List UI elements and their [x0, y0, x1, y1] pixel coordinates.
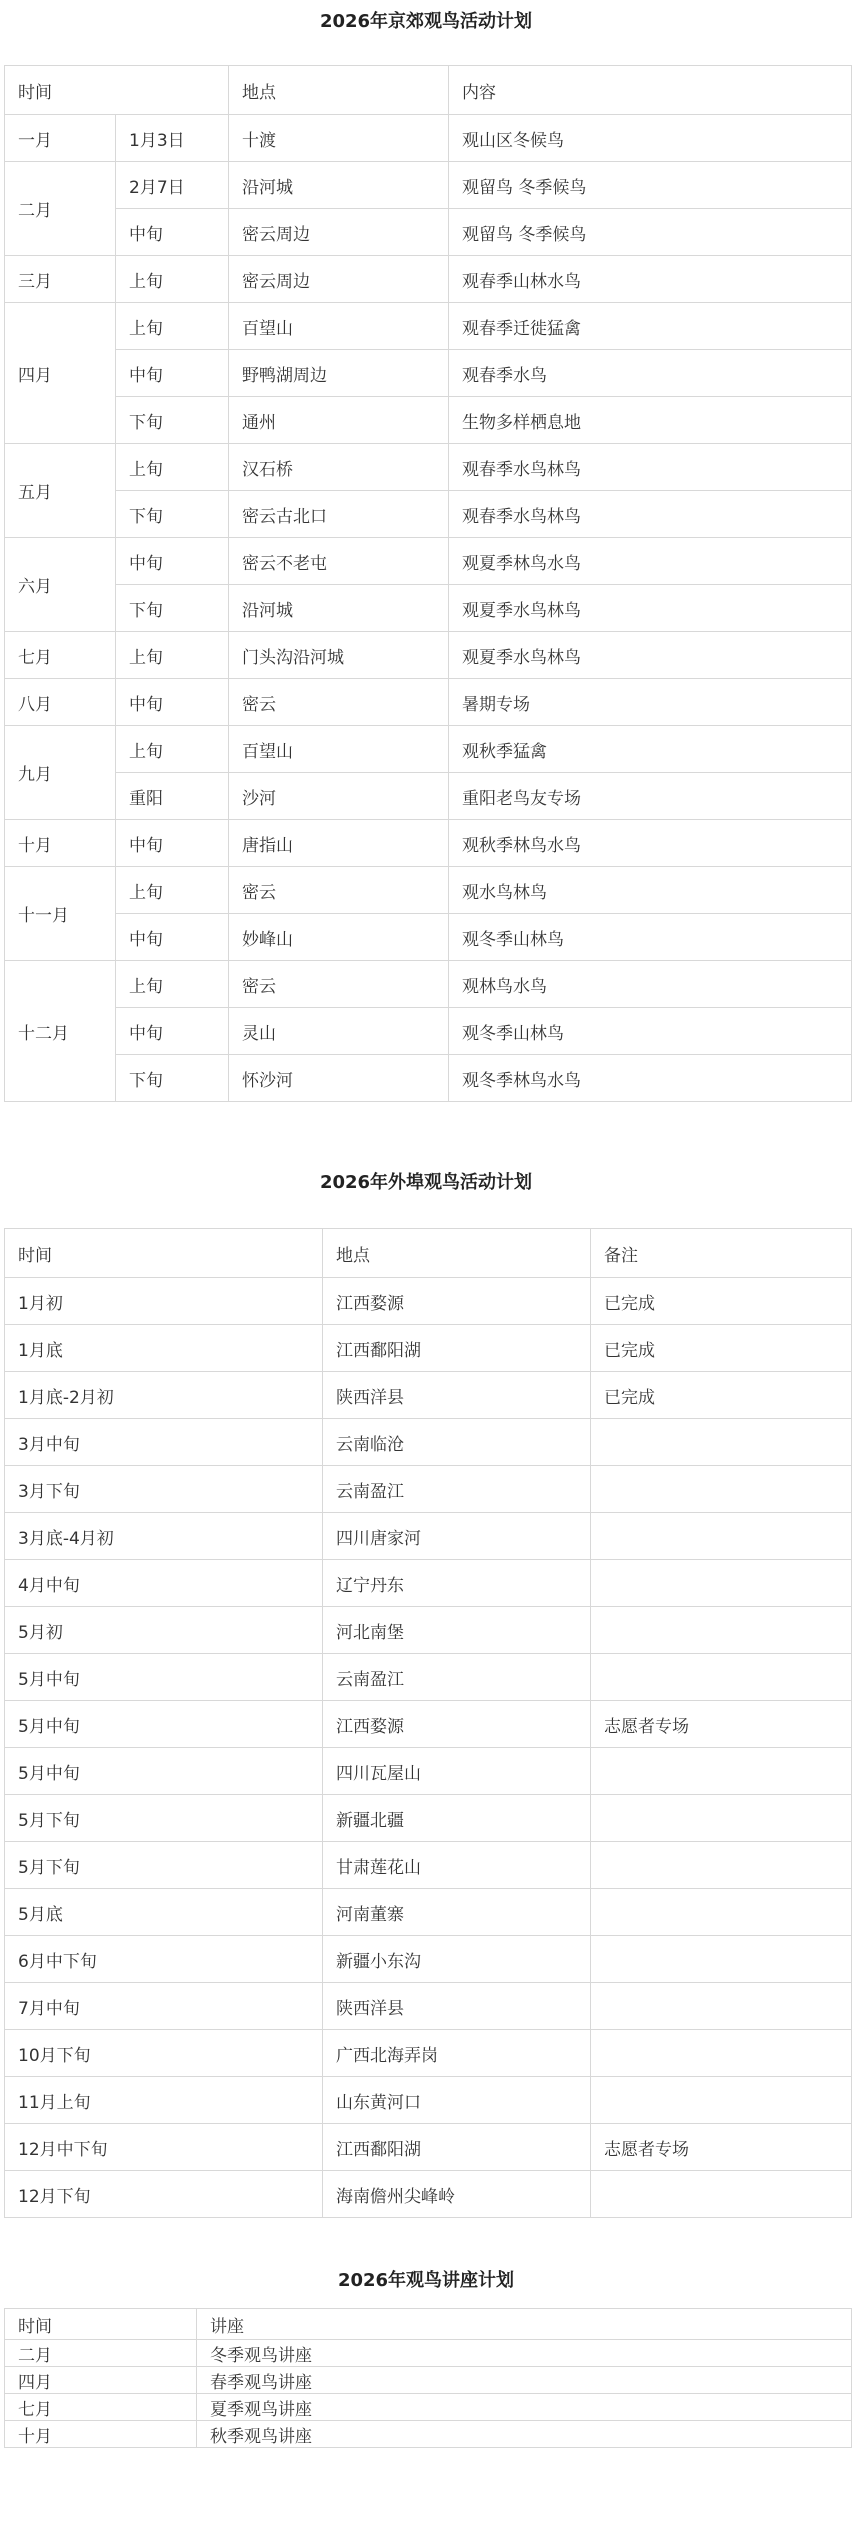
table-cell: 观留鸟 冬季候鸟 — [449, 209, 852, 256]
table-cell: 四川唐家河 — [323, 1513, 591, 1560]
table-cell: 沿河城 — [229, 585, 449, 632]
table-cell: 观冬季山林鸟 — [449, 914, 852, 961]
table-row: 四月上旬百望山观春季迁徙猛禽 — [5, 303, 852, 350]
table-cell: 密云 — [229, 867, 449, 914]
table-row: 十月秋季观鸟讲座 — [5, 2421, 852, 2448]
table-row: 五月上旬汉石桥观春季水鸟林鸟 — [5, 444, 852, 491]
lecture-plan-title: 2026年观鸟讲座计划 — [0, 2270, 852, 2292]
table-cell: 重阳 — [116, 773, 229, 820]
table-cell — [591, 1795, 852, 1842]
table-row: 5月底河南董寨 — [5, 1889, 852, 1936]
table-cell: 志愿者专场 — [591, 1701, 852, 1748]
table-row: 六月中旬密云不老屯观夏季林鸟水鸟 — [5, 538, 852, 585]
table-row: 1月底-2月初陕西洋县已完成 — [5, 1372, 852, 1419]
table-cell: 中旬 — [116, 538, 229, 585]
table-cell: 5月底 — [5, 1889, 323, 1936]
table-cell: 3月下旬 — [5, 1466, 323, 1513]
month-cell: 十月 — [5, 820, 116, 867]
month-cell: 五月 — [5, 444, 116, 538]
beijing-suburb-plan-title: 2026年京郊观鸟活动计划 — [0, 0, 852, 33]
table-row: 3月中旬云南临沧 — [5, 1419, 852, 1466]
month-cell: 二月 — [5, 162, 116, 256]
table-row: 1月初江西婺源已完成 — [5, 1278, 852, 1325]
table-cell: 下旬 — [116, 1055, 229, 1102]
table-cell: 秋季观鸟讲座 — [197, 2421, 852, 2448]
table-row: 7月中旬陕西洋县 — [5, 1983, 852, 2030]
table-row: 七月上旬门头沟沿河城观夏季水鸟林鸟 — [5, 632, 852, 679]
table-cell: 观春季水鸟林鸟 — [449, 444, 852, 491]
table-row: 3月下旬云南盈江 — [5, 1466, 852, 1513]
table-cell: 密云古北口 — [229, 491, 449, 538]
table-row: 5月下旬甘肃莲花山 — [5, 1842, 852, 1889]
table-cell — [591, 1466, 852, 1513]
table-cell: 山东黄河口 — [323, 2077, 591, 2124]
table-cell: 密云不老屯 — [229, 538, 449, 585]
table-row: 十一月上旬密云观水鸟林鸟 — [5, 867, 852, 914]
table-cell: 观秋季猛禽 — [449, 726, 852, 773]
table-cell: 密云周边 — [229, 209, 449, 256]
table-cell: 5月初 — [5, 1607, 323, 1654]
month-cell: 三月 — [5, 256, 116, 303]
table-cell — [591, 1889, 852, 1936]
table-cell: 新疆北疆 — [323, 1795, 591, 1842]
table-cell: 观秋季林鸟水鸟 — [449, 820, 852, 867]
table-cell: 中旬 — [116, 1008, 229, 1055]
table-cell: 云南盈江 — [323, 1654, 591, 1701]
table-row: 中旬妙峰山观冬季山林鸟 — [5, 914, 852, 961]
table-cell: 春季观鸟讲座 — [197, 2367, 852, 2394]
out-of-town-plan-title: 2026年外埠观鸟活动计划 — [0, 1172, 852, 1194]
header-row: 时间 地点 内容 — [5, 66, 852, 115]
table-cell: 通州 — [229, 397, 449, 444]
table-cell: 观春季迁徙猛禽 — [449, 303, 852, 350]
table-cell: 观山区冬候鸟 — [449, 115, 852, 162]
table-cell: 上旬 — [116, 303, 229, 350]
table-cell — [591, 1936, 852, 1983]
table-cell: 海南儋州尖峰岭 — [323, 2171, 591, 2218]
month-cell: 八月 — [5, 679, 116, 726]
table-cell: 辽宁丹东 — [323, 1560, 591, 1607]
table-row: 6月中下旬新疆小东沟 — [5, 1936, 852, 1983]
table-cell — [591, 1748, 852, 1795]
table-cell: 陕西洋县 — [323, 1372, 591, 1419]
table-row: 5月中旬云南盈江 — [5, 1654, 852, 1701]
table-cell: 5月下旬 — [5, 1795, 323, 1842]
table-row: 5月中旬四川瓦屋山 — [5, 1748, 852, 1795]
table-cell: 十月 — [5, 2421, 197, 2448]
table-cell: 广西北海弄岗 — [323, 2030, 591, 2077]
table-cell: 云南临沧 — [323, 1419, 591, 1466]
table-cell: 11月上旬 — [5, 2077, 323, 2124]
out-of-town-plan-table: 时间 地点 备注 1月初江西婺源已完成1月底江西鄱阳湖已完成1月底-2月初陕西洋… — [4, 1228, 852, 2218]
table-cell: 夏季观鸟讲座 — [197, 2394, 852, 2421]
table-cell: 3月底-4月初 — [5, 1513, 323, 1560]
table-row: 十月中旬唐指山观秋季林鸟水鸟 — [5, 820, 852, 867]
table-cell: 上旬 — [116, 256, 229, 303]
table-cell — [591, 1513, 852, 1560]
table-cell: 中旬 — [116, 914, 229, 961]
table-row: 3月底-4月初四川唐家河 — [5, 1513, 852, 1560]
header-row: 时间 讲座 — [5, 2309, 852, 2340]
table-cell: 沿河城 — [229, 162, 449, 209]
table-cell: 百望山 — [229, 303, 449, 350]
table-cell: 5月中旬 — [5, 1748, 323, 1795]
table-cell — [591, 1607, 852, 1654]
table-cell: 观夏季水鸟林鸟 — [449, 632, 852, 679]
table-cell: 4月中旬 — [5, 1560, 323, 1607]
table-row: 七月夏季观鸟讲座 — [5, 2394, 852, 2421]
table-cell: 云南盈江 — [323, 1466, 591, 1513]
table-cell: 观春季水鸟林鸟 — [449, 491, 852, 538]
table-cell: 中旬 — [116, 350, 229, 397]
table-cell: 江西婺源 — [323, 1701, 591, 1748]
table-cell: 5月中旬 — [5, 1654, 323, 1701]
table-row: 四月春季观鸟讲座 — [5, 2367, 852, 2394]
table-cell: 河南董寨 — [323, 1889, 591, 1936]
table-cell: 新疆小东沟 — [323, 1936, 591, 1983]
table-cell: 3月中旬 — [5, 1419, 323, 1466]
table-cell: 陕西洋县 — [323, 1983, 591, 2030]
table-cell — [591, 2077, 852, 2124]
month-cell: 九月 — [5, 726, 116, 820]
table-row: 5月下旬新疆北疆 — [5, 1795, 852, 1842]
table-row: 重阳沙河重阳老鸟友专场 — [5, 773, 852, 820]
table-row: 一月1月3日十渡观山区冬候鸟 — [5, 115, 852, 162]
table-cell: 5月中旬 — [5, 1701, 323, 1748]
table-row: 11月上旬山东黄河口 — [5, 2077, 852, 2124]
table-cell: 二月 — [5, 2340, 197, 2367]
table-cell: 四川瓦屋山 — [323, 1748, 591, 1795]
table-cell: 中旬 — [116, 679, 229, 726]
table-cell: 沙河 — [229, 773, 449, 820]
table-row: 5月初河北南堡 — [5, 1607, 852, 1654]
table-cell: 观春季山林水鸟 — [449, 256, 852, 303]
header-row: 时间 地点 备注 — [5, 1229, 852, 1278]
table-cell: 野鸭湖周边 — [229, 350, 449, 397]
table-cell: 观冬季山林鸟 — [449, 1008, 852, 1055]
table-cell: 12月下旬 — [5, 2171, 323, 2218]
beijing-suburb-plan-table: 时间 地点 内容 一月1月3日十渡观山区冬候鸟二月2月7日沿河城观留鸟 冬季候鸟… — [4, 65, 852, 1102]
table-cell: 门头沟沿河城 — [229, 632, 449, 679]
table-row: 12月中下旬江西鄱阳湖志愿者专场 — [5, 2124, 852, 2171]
table-cell: 密云 — [229, 679, 449, 726]
table-cell: 1月底 — [5, 1325, 323, 1372]
table-cell: 1月底-2月初 — [5, 1372, 323, 1419]
table-cell — [591, 1560, 852, 1607]
table-cell: 5月下旬 — [5, 1842, 323, 1889]
table-cell: 下旬 — [116, 585, 229, 632]
table-cell: 密云周边 — [229, 256, 449, 303]
table-cell: 甘肃莲花山 — [323, 1842, 591, 1889]
table-row: 下旬密云古北口观春季水鸟林鸟 — [5, 491, 852, 538]
table-cell: 七月 — [5, 2394, 197, 2421]
column-header-time: 时间 — [5, 1229, 323, 1278]
table-cell: 唐指山 — [229, 820, 449, 867]
document-page: 2026年京郊观鸟活动计划 时间 地点 内容 一月1月3日十渡观山区冬候鸟二月2… — [0, 0, 852, 2536]
column-header-location: 地点 — [323, 1229, 591, 1278]
table-cell: 上旬 — [116, 444, 229, 491]
table-row: 中旬密云周边观留鸟 冬季候鸟 — [5, 209, 852, 256]
table-cell: 十渡 — [229, 115, 449, 162]
table-row: 中旬灵山观冬季山林鸟 — [5, 1008, 852, 1055]
table-cell: 妙峰山 — [229, 914, 449, 961]
table-cell: 上旬 — [116, 726, 229, 773]
table-row: 12月下旬海南儋州尖峰岭 — [5, 2171, 852, 2218]
table-row: 九月上旬百望山观秋季猛禽 — [5, 726, 852, 773]
table-cell: 观夏季水鸟林鸟 — [449, 585, 852, 632]
table-cell: 中旬 — [116, 820, 229, 867]
table-cell: 百望山 — [229, 726, 449, 773]
table-cell: 1月初 — [5, 1278, 323, 1325]
table-cell: 上旬 — [116, 961, 229, 1008]
table-cell: 灵山 — [229, 1008, 449, 1055]
month-cell: 四月 — [5, 303, 116, 444]
table-cell: 6月中下旬 — [5, 1936, 323, 1983]
column-header-remark: 备注 — [591, 1229, 852, 1278]
table-cell: 暑期专场 — [449, 679, 852, 726]
table-cell: 江西鄱阳湖 — [323, 2124, 591, 2171]
month-cell: 一月 — [5, 115, 116, 162]
month-cell: 十二月 — [5, 961, 116, 1102]
table-cell: 已完成 — [591, 1372, 852, 1419]
table-cell — [591, 1983, 852, 2030]
table-cell: 密云 — [229, 961, 449, 1008]
table-cell: 12月中下旬 — [5, 2124, 323, 2171]
month-cell: 六月 — [5, 538, 116, 632]
table-cell: 汉石桥 — [229, 444, 449, 491]
table-cell: 生物多样栖息地 — [449, 397, 852, 444]
table-cell: 已完成 — [591, 1325, 852, 1372]
table-cell: 上旬 — [116, 867, 229, 914]
table-cell — [591, 2030, 852, 2077]
table-cell: 冬季观鸟讲座 — [197, 2340, 852, 2367]
table-cell: 观冬季林鸟水鸟 — [449, 1055, 852, 1102]
table-cell — [591, 1842, 852, 1889]
table-cell: 江西婺源 — [323, 1278, 591, 1325]
table-row: 八月中旬密云暑期专场 — [5, 679, 852, 726]
table-cell — [591, 2171, 852, 2218]
table-cell: 下旬 — [116, 491, 229, 538]
table-cell: 重阳老鸟友专场 — [449, 773, 852, 820]
table-row: 下旬怀沙河观冬季林鸟水鸟 — [5, 1055, 852, 1102]
table-cell: 四月 — [5, 2367, 197, 2394]
table-cell: 10月下旬 — [5, 2030, 323, 2077]
column-header-content: 内容 — [449, 66, 852, 115]
column-header-location: 地点 — [229, 66, 449, 115]
table-cell — [591, 1419, 852, 1466]
lecture-plan-table: 时间 讲座 二月冬季观鸟讲座四月春季观鸟讲座七月夏季观鸟讲座十月秋季观鸟讲座 — [4, 2308, 852, 2448]
table-row: 5月中旬江西婺源志愿者专场 — [5, 1701, 852, 1748]
table-row: 1月底江西鄱阳湖已完成 — [5, 1325, 852, 1372]
table-row: 二月冬季观鸟讲座 — [5, 2340, 852, 2367]
table-cell: 2月7日 — [116, 162, 229, 209]
column-header-lecture: 讲座 — [197, 2309, 852, 2340]
table-cell: 1月3日 — [116, 115, 229, 162]
table-cell: 怀沙河 — [229, 1055, 449, 1102]
table-cell: 中旬 — [116, 209, 229, 256]
table-cell: 观水鸟林鸟 — [449, 867, 852, 914]
table-cell: 河北南堡 — [323, 1607, 591, 1654]
table-cell: 已完成 — [591, 1278, 852, 1325]
table-cell: 江西鄱阳湖 — [323, 1325, 591, 1372]
table-cell: 观春季水鸟 — [449, 350, 852, 397]
table-row: 4月中旬辽宁丹东 — [5, 1560, 852, 1607]
table-cell: 志愿者专场 — [591, 2124, 852, 2171]
table-cell: 上旬 — [116, 632, 229, 679]
table-row: 下旬沿河城观夏季水鸟林鸟 — [5, 585, 852, 632]
table-cell: 下旬 — [116, 397, 229, 444]
table-cell: 观林鸟水鸟 — [449, 961, 852, 1008]
table-row: 三月上旬密云周边观春季山林水鸟 — [5, 256, 852, 303]
table-row: 中旬野鸭湖周边观春季水鸟 — [5, 350, 852, 397]
column-header-time: 时间 — [5, 2309, 197, 2340]
table-row: 二月2月7日沿河城观留鸟 冬季候鸟 — [5, 162, 852, 209]
month-cell: 十一月 — [5, 867, 116, 961]
table-cell: 观夏季林鸟水鸟 — [449, 538, 852, 585]
table-row: 十二月上旬密云观林鸟水鸟 — [5, 961, 852, 1008]
table-cell: 观留鸟 冬季候鸟 — [449, 162, 852, 209]
month-cell: 七月 — [5, 632, 116, 679]
table-row: 下旬通州生物多样栖息地 — [5, 397, 852, 444]
table-row: 10月下旬广西北海弄岗 — [5, 2030, 852, 2077]
table-cell — [591, 1654, 852, 1701]
table-cell: 7月中旬 — [5, 1983, 323, 2030]
column-header-time: 时间 — [5, 66, 229, 115]
